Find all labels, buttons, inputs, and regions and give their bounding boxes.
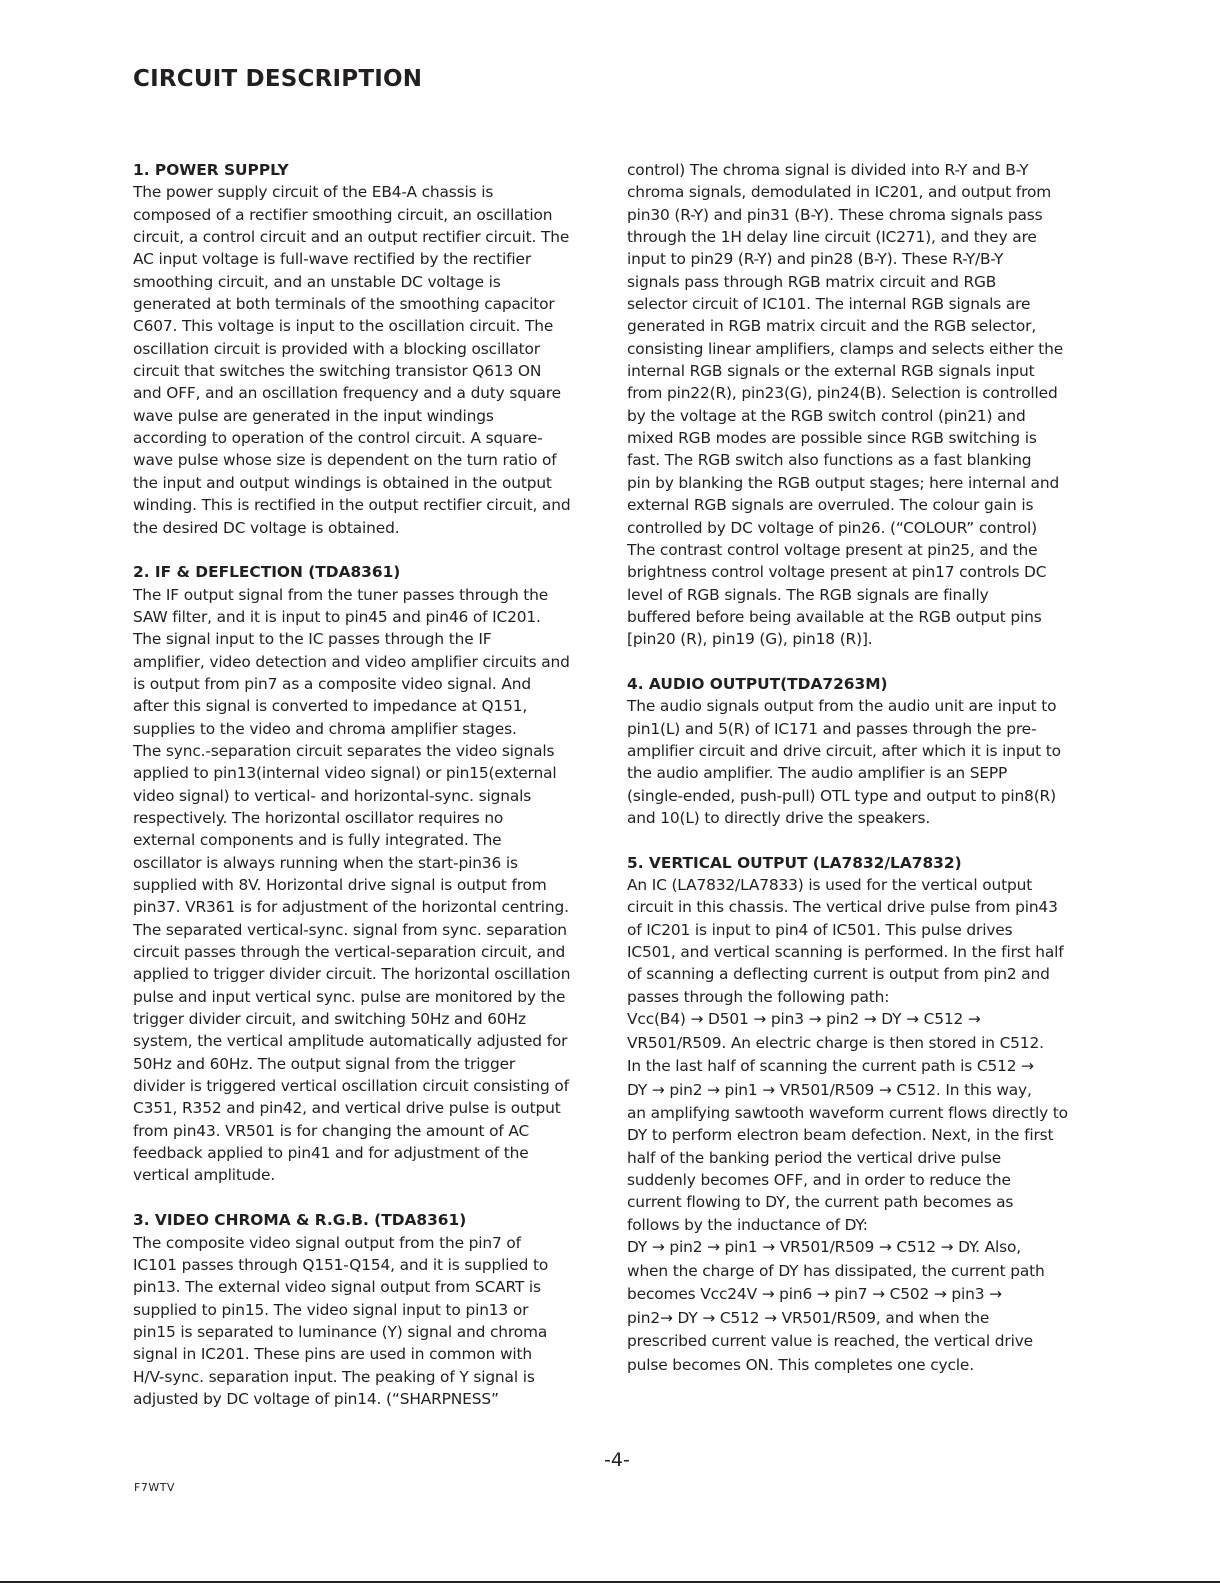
text-line: chroma signals, demodulated in IC201, an… (627, 181, 1112, 203)
text-line: pin15 is separated to luminance (Y) sign… (133, 1321, 613, 1343)
section-video-chroma-rgb-continued: control) The chroma signal is divided in… (627, 159, 1112, 651)
text-line: supplied with 8V. Horizontal drive signa… (133, 874, 613, 896)
text-line: signal in IC201. These pins are used in … (133, 1343, 613, 1365)
text-line: feedback applied to pin41 and for adjust… (133, 1142, 613, 1164)
text-line: vertical amplitude. (133, 1164, 613, 1186)
section-if-deflection: 2. IF & DEFLECTION (TDA8361) The IF outp… (133, 561, 613, 1187)
text-line: an amplifying sawtooth waveform current … (627, 1102, 1112, 1124)
text-line: external RGB signals are overruled. The … (627, 494, 1112, 516)
text-line: (single-ended, push-pull) OTL type and o… (627, 785, 1112, 807)
text-line: circuit that switches the switching tran… (133, 360, 613, 382)
text-line: oscillation circuit is provided with a b… (133, 338, 613, 360)
text-line: half of the banking period the vertical … (627, 1147, 1112, 1169)
text-line: divider is triggered vertical oscillatio… (133, 1075, 613, 1097)
text-line: signals pass through RGB matrix circuit … (627, 271, 1112, 293)
text-line: mixed RGB modes are possible since RGB s… (627, 427, 1112, 449)
text-line: DY → pin2 → pin1 → VR501/R509 → C512 → D… (627, 1236, 1112, 1260)
text-line: follows by the inductance of DY: (627, 1214, 1112, 1236)
text-line: consisting linear amplifiers, clamps and… (627, 338, 1112, 360)
text-line: oscillator is always running when the st… (133, 852, 613, 874)
text-line: circuit in this chassis. The vertical dr… (627, 896, 1112, 918)
section-power-supply: 1. POWER SUPPLY The power supply circuit… (133, 159, 613, 539)
text-line: VR501/R509. An electric charge is then s… (627, 1032, 1112, 1056)
text-line: external components and is fully integra… (133, 829, 613, 851)
section-heading: 2. IF & DEFLECTION (TDA8361) (133, 561, 613, 583)
text-line: In the last half of scanning the current… (627, 1055, 1112, 1079)
text-line: and OFF, and an oscillation frequency an… (133, 382, 613, 404)
text-line: The IF output signal from the tuner pass… (133, 584, 613, 606)
text-line: DY to perform electron beam defection. N… (627, 1124, 1112, 1146)
text-line: pin by blanking the RGB output stages; h… (627, 472, 1112, 494)
text-line: The signal input to the IC passes throug… (133, 628, 613, 650)
text-line: trigger divider circuit, and switching 5… (133, 1008, 613, 1030)
section-heading: 1. POWER SUPPLY (133, 159, 613, 181)
text-line: amplifier circuit and drive circuit, aft… (627, 740, 1112, 762)
text-line: circuit, a control circuit and an output… (133, 226, 613, 248)
text-line: The sync.-separation circuit separates t… (133, 740, 613, 762)
text-line: An IC (LA7832/LA7833) is used for the ve… (627, 874, 1112, 896)
text-line: C607. This voltage is input to the oscil… (133, 315, 613, 337)
text-line: C351, R352 and pin42, and vertical drive… (133, 1097, 613, 1119)
text-line: the desired DC voltage is obtained. (133, 517, 613, 539)
section-audio-output: 4. AUDIO OUTPUT(TDA7263M) The audio sign… (627, 673, 1112, 829)
text-line: The audio signals output from the audio … (627, 695, 1112, 717)
text-line: winding. This is rectified in the output… (133, 494, 613, 516)
text-line: The power supply circuit of the EB4-A ch… (133, 181, 613, 203)
text-line: composed of a rectifier smoothing circui… (133, 204, 613, 226)
text-line: of IC201 is input to pin4 of IC501. This… (627, 919, 1112, 941)
text-line: prescribed current value is reached, the… (627, 1330, 1112, 1354)
text-line: is output from pin7 as a composite video… (133, 673, 613, 695)
text-line: pulse becomes ON. This completes one cyc… (627, 1354, 1112, 1376)
text-line: video signal) to vertical- and horizonta… (133, 785, 613, 807)
text-line: pin13. The external video signal output … (133, 1276, 613, 1298)
text-line: supplied to pin15. The video signal inpu… (133, 1299, 613, 1321)
left-column: 1. POWER SUPPLY The power supply circuit… (133, 159, 613, 1433)
text-line: and 10(L) to directly drive the speakers… (627, 807, 1112, 829)
text-line: from pin43. VR501 is for changing the am… (133, 1120, 613, 1142)
text-line: SAW filter, and it is input to pin45 and… (133, 606, 613, 628)
page-number: -4- (604, 1449, 630, 1471)
text-line: Vcc(B4) → D501 → pin3 → pin2 → DY → C512… (627, 1008, 1112, 1032)
text-line: by the voltage at the RGB switch control… (627, 405, 1112, 427)
page-title: CIRCUIT DESCRIPTION (133, 66, 422, 92)
text-line: IC101 passes through Q151-Q154, and it i… (133, 1254, 613, 1276)
section-video-chroma-rgb: 3. VIDEO CHROMA & R.G.B. (TDA8361) The c… (133, 1209, 613, 1410)
text-line: input to pin29 (R-Y) and pin28 (B-Y). Th… (627, 248, 1112, 270)
text-line: pin30 (R-Y) and pin31 (B-Y). These chrom… (627, 204, 1112, 226)
text-line: fast. The RGB switch also functions as a… (627, 449, 1112, 471)
text-line: IC501, and vertical scanning is performe… (627, 941, 1112, 963)
text-line: control) The chroma signal is divided in… (627, 159, 1112, 181)
section-heading: 5. VERTICAL OUTPUT (LA7832/LA7832) (627, 852, 1112, 874)
text-line: suddenly becomes OFF, and in order to re… (627, 1169, 1112, 1191)
text-line: generated at both terminals of the smoot… (133, 293, 613, 315)
text-line: The composite video signal output from t… (133, 1232, 613, 1254)
text-line: becomes Vcc24V → pin6 → pin7 → C502 → pi… (627, 1283, 1112, 1307)
text-line: of scanning a deflecting current is outp… (627, 963, 1112, 985)
text-line: current flowing to DY, the current path … (627, 1191, 1112, 1213)
text-line: internal RGB signals or the external RGB… (627, 360, 1112, 382)
text-line: after this signal is converted to impeda… (133, 695, 613, 717)
text-line: system, the vertical amplitude automatic… (133, 1030, 613, 1052)
section-heading: 3. VIDEO CHROMA & R.G.B. (TDA8361) (133, 1209, 613, 1231)
text-line: the audio amplifier. The audio amplifier… (627, 762, 1112, 784)
text-line: pin1(L) and 5(R) of IC171 and passes thr… (627, 718, 1112, 740)
text-line: according to operation of the control ci… (133, 427, 613, 449)
text-line: brightness control voltage present at pi… (627, 561, 1112, 583)
footer-model-code: F7WTV (134, 1481, 175, 1494)
right-column: control) The chroma signal is divided in… (627, 159, 1112, 1398)
text-line: pulse and input vertical sync. pulse are… (133, 986, 613, 1008)
text-line: supplies to the video and chroma amplifi… (133, 718, 613, 740)
text-line: [pin20 (R), pin19 (G), pin18 (R)]. (627, 628, 1112, 650)
text-line: The separated vertical-sync. signal from… (133, 919, 613, 941)
section-heading: 4. AUDIO OUTPUT(TDA7263M) (627, 673, 1112, 695)
text-line: 50Hz and 60Hz. The output signal from th… (133, 1053, 613, 1075)
text-line: selector circuit of IC101. The internal … (627, 293, 1112, 315)
text-line: controlled by DC voltage of pin26. (“COL… (627, 517, 1112, 539)
text-line: buffered before being available at the R… (627, 606, 1112, 628)
text-line: respectively. The horizontal oscillator … (133, 807, 613, 829)
text-line: smoothing circuit, and an unstable DC vo… (133, 271, 613, 293)
text-line: wave pulse whose size is dependent on th… (133, 449, 613, 471)
text-line: the input and output windings is obtaine… (133, 472, 613, 494)
text-line: through the 1H delay line circuit (IC271… (627, 226, 1112, 248)
text-line: The contrast control voltage present at … (627, 539, 1112, 561)
text-line: H/V-sync. separation input. The peaking … (133, 1366, 613, 1388)
text-line: adjusted by DC voltage of pin14. (“SHARP… (133, 1388, 613, 1410)
text-line: generated in RGB matrix circuit and the … (627, 315, 1112, 337)
text-line: pin2→ DY → C512 → VR501/R509, and when t… (627, 1307, 1112, 1331)
text-line: applied to pin13(internal video signal) … (133, 762, 613, 784)
text-line: from pin22(R), pin23(G), pin24(B). Selec… (627, 382, 1112, 404)
text-line: circuit passes through the vertical-sepa… (133, 941, 613, 963)
section-vertical-output: 5. VERTICAL OUTPUT (LA7832/LA7832) An IC… (627, 852, 1112, 1376)
text-line: AC input voltage is full-wave rectified … (133, 248, 613, 270)
text-line: DY → pin2 → pin1 → VR501/R509 → C512. In… (627, 1079, 1112, 1103)
text-line: when the charge of DY has dissipated, th… (627, 1260, 1112, 1284)
text-line: wave pulse are generated in the input wi… (133, 405, 613, 427)
text-line: amplifier, video detection and video amp… (133, 651, 613, 673)
text-line: passes through the following path: (627, 986, 1112, 1008)
text-line: applied to trigger divider circuit. The … (133, 963, 613, 985)
text-line: level of RGB signals. The RGB signals ar… (627, 584, 1112, 606)
text-line: pin37. VR361 is for adjustment of the ho… (133, 896, 613, 918)
